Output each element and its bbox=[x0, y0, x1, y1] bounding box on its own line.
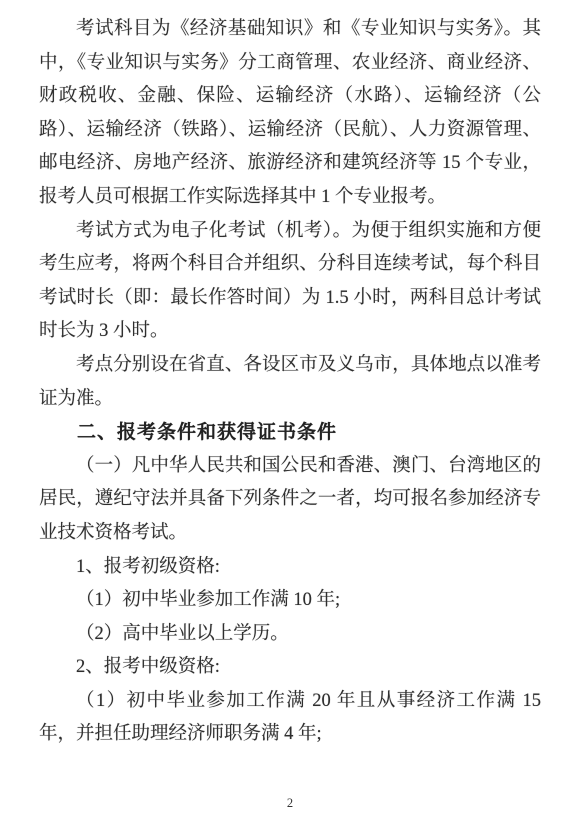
paragraph-eligibility-general: （一）凡中华人民共和国公民和香港、澳门、台湾地区的居民，遵纪守法并具备下列条件之… bbox=[39, 450, 541, 551]
list-item-middle-condition-1: （1）初中毕业参加工作满 20 年且从事经济工作满 15 年，并担任助理经济师职… bbox=[39, 685, 541, 752]
list-item-junior-qualification: 1、报考初级资格: bbox=[39, 551, 541, 585]
list-item-junior-condition-2: （2）高中毕业以上学历。 bbox=[39, 618, 541, 652]
paragraph-exam-subjects: 考试科目为《经济基础知识》和《专业知识与实务》。其中，《专业知识与实务》分工商管… bbox=[39, 13, 541, 215]
list-item-junior-condition-1: （1）初中毕业参加工作满 10 年; bbox=[39, 584, 541, 618]
section-heading-requirements: 二、报考条件和获得证书条件 bbox=[39, 416, 541, 450]
paragraph-exam-locations: 考点分别设在省直、各设区市及义乌市，具体地点以准考证为准。 bbox=[39, 349, 541, 416]
list-item-middle-qualification: 2、报考中级资格: bbox=[39, 651, 541, 685]
page-number: 2 bbox=[0, 796, 580, 810]
document-body: 考试科目为《经济基础知识》和《专业知识与实务》。其中，《专业知识与实务》分工商管… bbox=[39, 13, 541, 752]
document-page: 考试科目为《经济基础知识》和《专业知识与实务》。其中，《专业知识与实务》分工商管… bbox=[0, 0, 580, 823]
paragraph-exam-method: 考试方式为电子化考试（机考）。为便于组织实施和方便考生应考，将两个科目合并组织、… bbox=[39, 215, 541, 349]
